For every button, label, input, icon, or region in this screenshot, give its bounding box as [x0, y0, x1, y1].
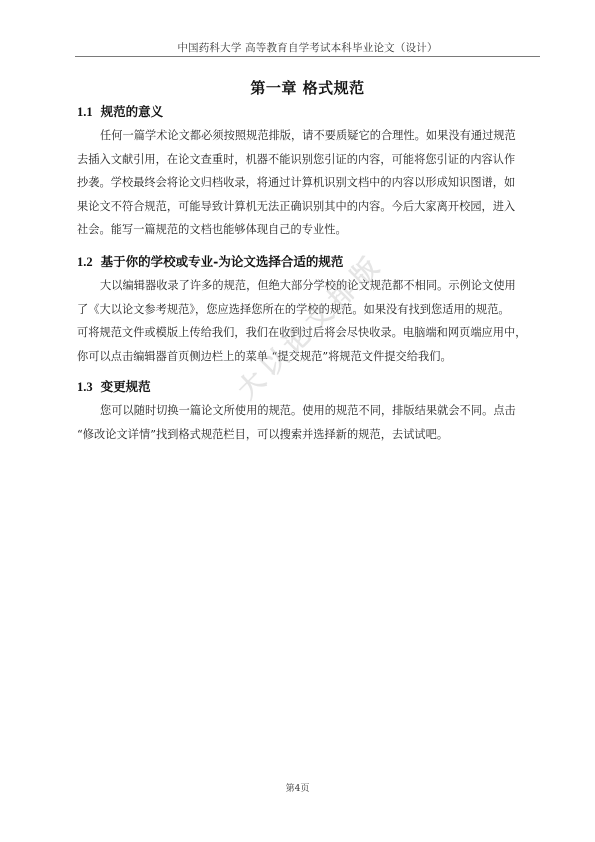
section-title: 基于你的学校或专业-为论文选择合适的规范	[101, 254, 344, 269]
section-heading-1-1: 1.1规范的意义	[77, 102, 163, 120]
paragraph-line: 您可以随时切换一篇论文所使用的规范。使用的规范不同，排版结果就会不同。点击	[77, 399, 539, 423]
paragraph-line: “修改论文详情”找到格式规范栏目，可以搜索并选择新的规范，去试试吧。	[77, 423, 539, 447]
section-number: 1.1	[77, 105, 93, 119]
paragraph-line: 你可以点击编辑器首页侧边栏上的菜单 “提交规范”将规范文件提交给我们。	[77, 345, 539, 369]
paragraph-line: 去插入文献引用，在论文查重时，机器不能识别您引证的内容，可能将您引证的内容认作	[77, 148, 539, 172]
section-number: 1.2	[77, 255, 93, 269]
page-header: 中国药科大学 高等教育自学考试本科毕业论文（设计）	[75, 40, 540, 55]
paragraph-line: 任何一篇学术论文都必须按照规范排版，请不要质疑它的合理性。如果没有通过规范	[77, 124, 539, 148]
section-heading-1-2: 1.2基于你的学校或专业-为论文选择合适的规范	[77, 252, 343, 270]
section-title: 变更规范	[101, 379, 151, 394]
paragraph-line: 社会。能写一篇规范的文档也能够体现自己的专业性。	[77, 218, 539, 242]
chapter-title: 第一章 格式规范	[75, 77, 540, 98]
paragraph-1-3: 您可以随时切换一篇论文所使用的规范。使用的规范不同，排版结果就会不同。点击 “修…	[77, 399, 539, 446]
paragraph-line: 果论文不符合规范，可能导致计算机无法正确识别其中的内容。今后大家离开校园，进入	[77, 195, 539, 219]
paragraph-line: 抄袭。学校最终会将论文归档收录，将通过计算机识别文档中的内容以形成知识图谱，如	[77, 171, 539, 195]
paragraph-line: 可将规范文件或模版上传给我们，我们在收到过后将会尽快收录。电脑端和网页端应用中，	[77, 321, 539, 345]
section-number: 1.3	[77, 380, 93, 394]
section-title: 规范的意义	[101, 104, 164, 119]
header-rule	[75, 56, 540, 57]
paragraph-line: 了《大以论文参考规范》，您应选择您所在的学校的规范。如果没有找到您适用的规范。	[77, 298, 539, 322]
section-heading-1-3: 1.3变更规范	[77, 377, 151, 395]
paragraph-line: 大以编辑器收录了许多的规范，但绝大部分学校的论文规范都不相同。示例论文使用	[77, 274, 539, 298]
page-number: 第4页	[0, 781, 595, 794]
paragraph-1-2: 大以编辑器收录了许多的规范，但绝大部分学校的论文规范都不相同。示例论文使用 了《…	[77, 274, 539, 368]
paragraph-1-1: 任何一篇学术论文都必须按照规范排版，请不要质疑它的合理性。如果没有通过规范 去插…	[77, 124, 539, 242]
